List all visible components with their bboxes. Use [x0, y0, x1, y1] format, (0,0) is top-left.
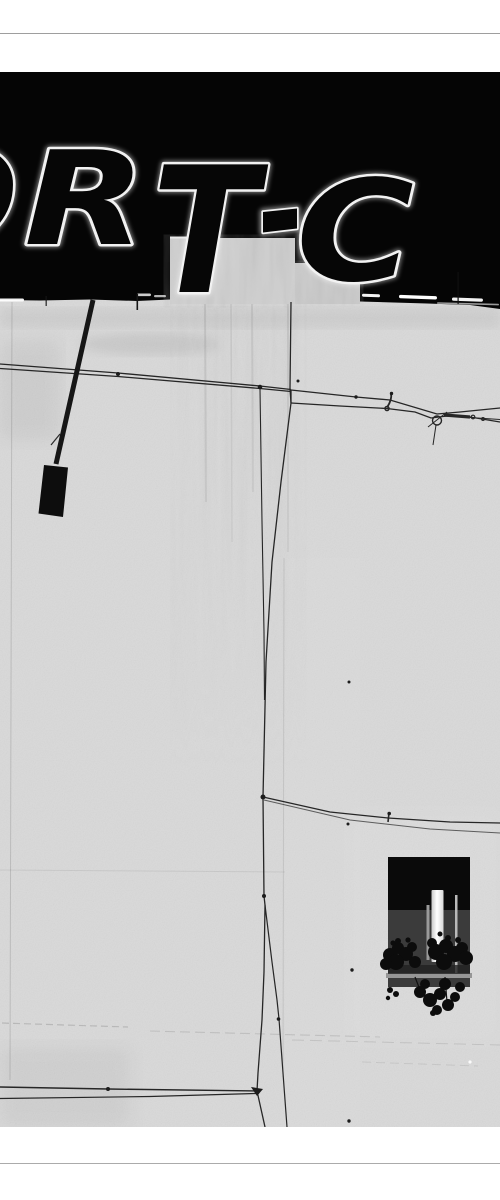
- photograph: O R T C O R T C: [0, 72, 500, 1127]
- sign-hyphen-glyph: [263, 209, 297, 233]
- chimney-drip-streaks: [176, 298, 300, 768]
- top-divider: [0, 33, 500, 34]
- sign-letter-t: T: [152, 131, 268, 334]
- sign-letter-o: O: [0, 122, 18, 274]
- sign-letter-r: R: [24, 123, 146, 275]
- photo-page: O R T C O R T C: [0, 0, 500, 1200]
- window-reflection-thin: [455, 895, 458, 977]
- wall-white-speck: [468, 1060, 471, 1063]
- bottom-divider: [0, 1163, 500, 1164]
- sign-letter-c: C: [296, 151, 414, 314]
